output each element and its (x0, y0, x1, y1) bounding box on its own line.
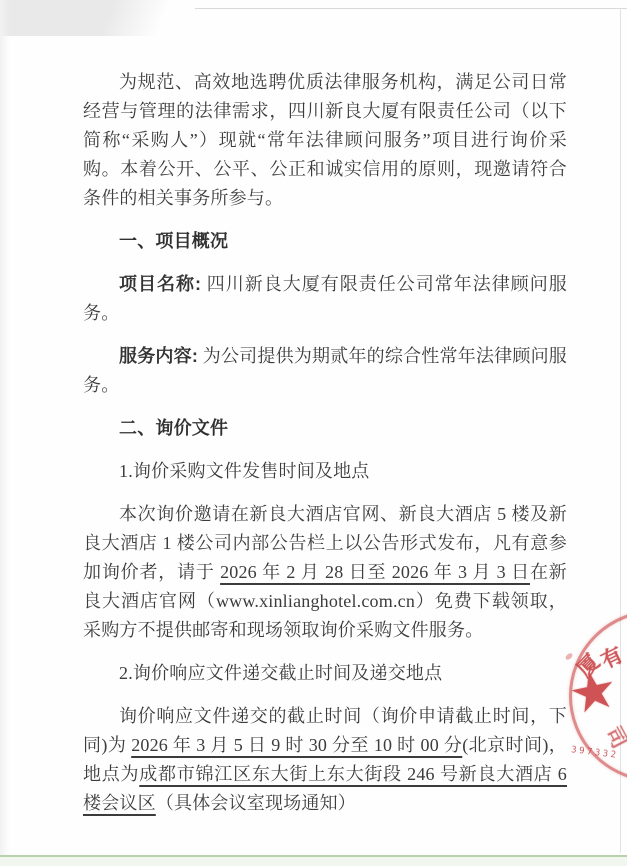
project-name-paragraph: 项目名称: 四川新良大厦有限责任公司常年法律顾问服务。 (83, 270, 567, 328)
project-name-label: 项目名称: (119, 274, 201, 294)
scan-edge-bottom-band (0, 855, 627, 866)
scan-edge-left-fade (0, 0, 10, 866)
seal-partial-char: 司 (599, 721, 627, 754)
seal-star-icon: ★ (565, 663, 622, 720)
item1-paragraph: 本次询价邀请在新良大酒店官网、新良大酒店 5 楼及新良大酒店 1 楼公司内部公告… (83, 500, 567, 645)
seal-serial-number: 397332 (571, 745, 619, 761)
item2-title: 2.询价响应文件递交截止时间及递交地点 (83, 659, 567, 688)
seal-ring (569, 610, 627, 782)
intro-paragraph: 为规范、高效地选聘优质法律服务机构，满足公司日常经营与管理的法律需求，四川新良大… (83, 68, 567, 213)
section1-heading: 一、项目概况 (83, 227, 567, 256)
scan-edge-top-line (195, 8, 627, 9)
seal-arc-char-1: 厦 (569, 647, 605, 683)
item1-title: 1.询价采购文件发售时间及地点 (83, 457, 567, 486)
scan-edge-top-left (0, 0, 205, 36)
item2-deadline-time-underlined: 2026 年 3 月 5 日 9 时 30 分至 10 时 00 分 (131, 735, 462, 755)
service-content-paragraph: 服务内容: 为公司提供为期贰年的综合性常年法律顾问服务。 (83, 342, 567, 400)
seal-arc-char-2: 有 (595, 639, 627, 675)
document-body: 为规范、高效地选聘优质法律服务机构，满足公司日常经营与管理的法律需求，四川新良大… (83, 68, 567, 832)
company-seal: ★ 厦 有 司 397332 (569, 610, 627, 782)
item1-release-dates-underlined: 2026 年 2 月 28 日至 2026 年 3 月 3 日 (220, 562, 530, 582)
scanned-document-page: 为规范、高效地选聘优质法律服务机构，满足公司日常经营与管理的法律需求，四川新良大… (0, 0, 627, 866)
item2-run5: （具体会议室现场通知） (156, 793, 356, 813)
item2-paragraph: 询价响应文件递交的截止时间（询价申请截止时间，下同)为 2026 年 3 月 5… (83, 702, 567, 818)
service-content-label: 服务内容: (119, 346, 198, 366)
scan-edge-right-line (620, 8, 621, 853)
section2-heading: 二、询价文件 (83, 414, 567, 443)
